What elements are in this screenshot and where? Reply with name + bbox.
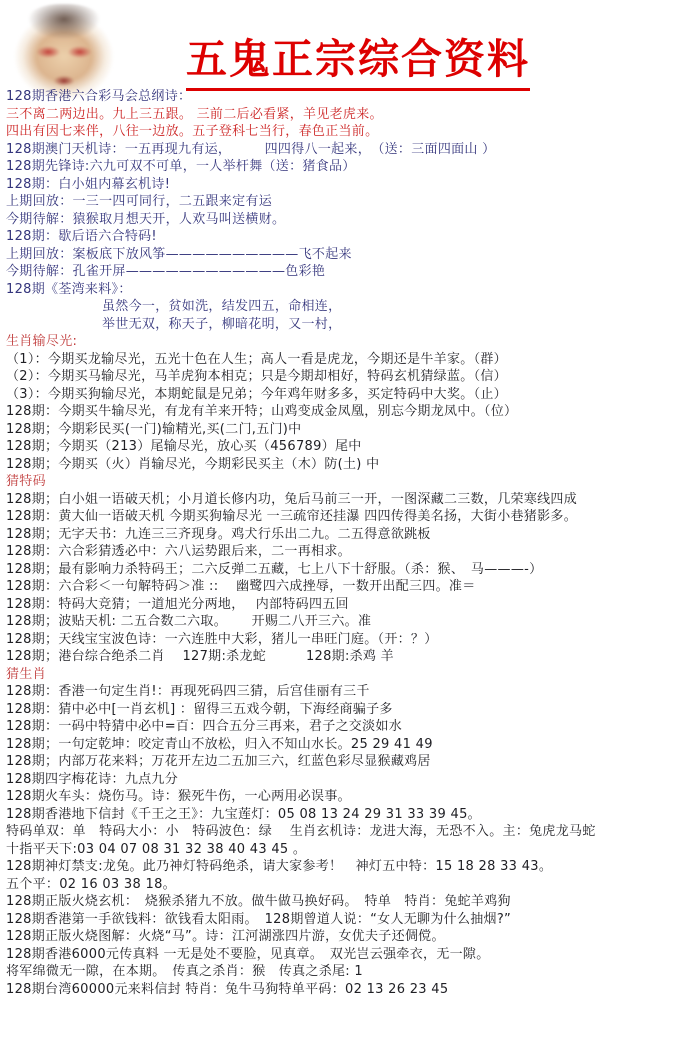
text-line: 128期：特码大竞猜；一道旭光分两地， 内部特码四五回: [6, 596, 696, 614]
text-line: 128期四字梅花诗：九点九分: [6, 771, 696, 789]
text-line: 128期澳门天机诗：一五再现九有运， 四四得八一起来， （送：三面四面山 ）: [6, 141, 696, 159]
text-line: 虽然今一，贫如洗，结发四五，命相连，: [6, 298, 696, 316]
text-line: 128期：猜中必中[一肖玄机] ：留得三五戏今朝，下海经商骗子多: [6, 701, 696, 719]
text-line: 三不离二两边出。九上三五跟。 三前二后必看紧，羊见老虎来。: [6, 106, 696, 124]
text-line: 特码单双：单 特码大小：小 特码波色：绿 生肖玄机诗：龙进大海，无恐不入。主：兔…: [6, 823, 696, 841]
header: 五鬼正宗综合资料: [186, 26, 586, 91]
page: 五鬼正宗综合资料 128期香港六合彩马会总纲诗：三不离二两边出。九上三五跟。 三…: [0, 0, 698, 1039]
text-line: 128期正版火烧玄机： 烧猴杀猪九不放。做牛做马换好码。 特单 特肖：兔蛇羊鸡狗: [6, 893, 696, 911]
text-line: （1）：今期买龙输尽光，五光十色在人生；高人一看是虎龙，今期还是牛羊家。（群）: [6, 351, 696, 369]
text-line: 128期正版火烧图解：火烧“马”。诗：江河湖涨四片游，女优夫子还倜傥。: [6, 928, 696, 946]
text-line: 128期：一码中特猜中必中=百：四合五分三再来，君子之交淡如水: [6, 718, 696, 736]
text-line: 128期；今期买（213）尾输尽光，放心买（456789）尾中: [6, 438, 696, 456]
text-line: 128期香港六合彩马会总纲诗：: [6, 88, 696, 106]
text-line: 128期；一句定乾坤：咬定青山不放松，归入不知山水长。25 29 41 49: [6, 736, 696, 754]
text-line: 今期待解：孔雀开屏————————————色彩艳: [6, 263, 696, 281]
text-line: 128期；今期彩民买(一门)输精光,买(二门,五门)中: [6, 421, 696, 439]
text-line: 128期火车头：烧伤马。诗：猴死牛伤，一心两用必误事。: [6, 788, 696, 806]
text-line: 128期；最有影响力杀特码王；二六反弹二五藏，七上八下十舒服。（杀：猴、 马——…: [6, 561, 696, 579]
text-line: 128期；波贴天机: 二五合数二六取。 开赐二八开三六。准: [6, 613, 696, 631]
man-face-photo: [8, 4, 120, 100]
text-line: 生肖输尽光:: [6, 333, 696, 351]
text-line: 十指平天下:03 04 07 08 31 32 38 40 43 45 。: [6, 841, 696, 859]
text-line: 128期：香港一句定生肖!：再现死码四三猜，后宫佳丽有三千: [6, 683, 696, 701]
text-line: 128期：黄大仙一语破天机 今期买狗输尽光 一三疏帘还挂瀑 四四传得美名扬，大街…: [6, 508, 696, 526]
text-line: 128期香港6000元传真料 一无是处不要脸，见真章。 双光岂云强牵衣，无一隙。: [6, 946, 696, 964]
text-line: 将军绵微无一隙，在本期。 传真之杀肖：猴 传真之杀尾: 1: [6, 963, 696, 981]
text-line: 128期《荃湾来料》：: [6, 281, 696, 299]
page-title: 五鬼正宗综合资料: [186, 26, 530, 91]
text-line: 128期香港地下信封《千王之王》：九宝莲灯：05 08 13 24 29 31 …: [6, 806, 696, 824]
text-line: 128期台湾60000元来料信封 特肖：兔牛马狗特单平码：02 13 26 23…: [6, 981, 696, 999]
text-line: 128期先锋诗:六九可双不可单，一人举杆舞（送：猪食品）: [6, 158, 696, 176]
document-body: 128期香港六合彩马会总纲诗：三不离二两边出。九上三五跟。 三前二后必看紧，羊见…: [6, 88, 696, 998]
text-line: 猜特码: [6, 473, 696, 491]
text-line: 上期回放：案板底下放风筝——————————飞不起来: [6, 246, 696, 264]
text-line: （3）：今期买狗输尽光，本期蛇鼠是兄弟；今年鸡年财多多，买定特码中大奖。（止）: [6, 386, 696, 404]
text-line: 举世无双，称天子，柳暗花明，又一村，: [6, 316, 696, 334]
text-line: 今期待解：猿猴取月想天开，人欢马叫送横财。: [6, 211, 696, 229]
text-line: 128期；今期买（火）肖输尽光，今期彩民买主（木）防(土) 中: [6, 456, 696, 474]
text-line: 128期：白小姐内幕玄机诗!: [6, 176, 696, 194]
text-line: 128期：歇后语六合特码!: [6, 228, 696, 246]
text-line: 128期；天线宝宝波色诗：一六连胜中大彩，猪儿一串旺门庭。（开：？）: [6, 631, 696, 649]
text-line: 128期：六合彩＜一句解特码＞准 :: 幽鹭四六成挫辱，一数开出配三四。准＝: [6, 578, 696, 596]
text-line: 128期：今期买牛输尽光，有龙有羊来开特；山鸡变成金凤凰，别忘今期龙凤中。（位）: [6, 403, 696, 421]
text-line: 128期；内部万花来料；万花开左边二五加三六，红蓝色彩尽显猴藏鸡居: [6, 753, 696, 771]
text-line: 128期：六合彩猜透必中：六八运势跟后来，二一再相求。: [6, 543, 696, 561]
text-line: 128期；白小姐一语破天机；小月道长修内功，兔后马前三一开，一图深藏二三数，几荣…: [6, 491, 696, 509]
text-line: 128期；港台综合绝杀二肖 127期:杀龙蛇 128期:杀鸡 羊: [6, 648, 696, 666]
text-line: （2）：今期买马输尽光，马羊虎狗本相克；只是今期却相好，特码玄机猜绿蓝。（信）: [6, 368, 696, 386]
text-line: 五个平：02 16 03 38 18。: [6, 876, 696, 894]
text-line: 128期香港第一手欲钱料：欲钱看太阳雨。 128期曾道人说：“女人无聊为什么抽烟…: [6, 911, 696, 929]
text-line: 猜生肖: [6, 666, 696, 684]
text-line: 128期神灯禁支:龙兔。此乃神灯特码绝杀，请大家参考！ 神灯五中特：15 18 …: [6, 858, 696, 876]
text-line: 上期回放：一三一四可同行，二五跟来定有运: [6, 193, 696, 211]
text-line: 四出有因七来伴，八往一边放。五子登科七当行，春色正当前。: [6, 123, 696, 141]
text-line: 128期；无字天书：九连三三齐现身。鸡犬行乐出二九。二五得意欲跳板: [6, 526, 696, 544]
